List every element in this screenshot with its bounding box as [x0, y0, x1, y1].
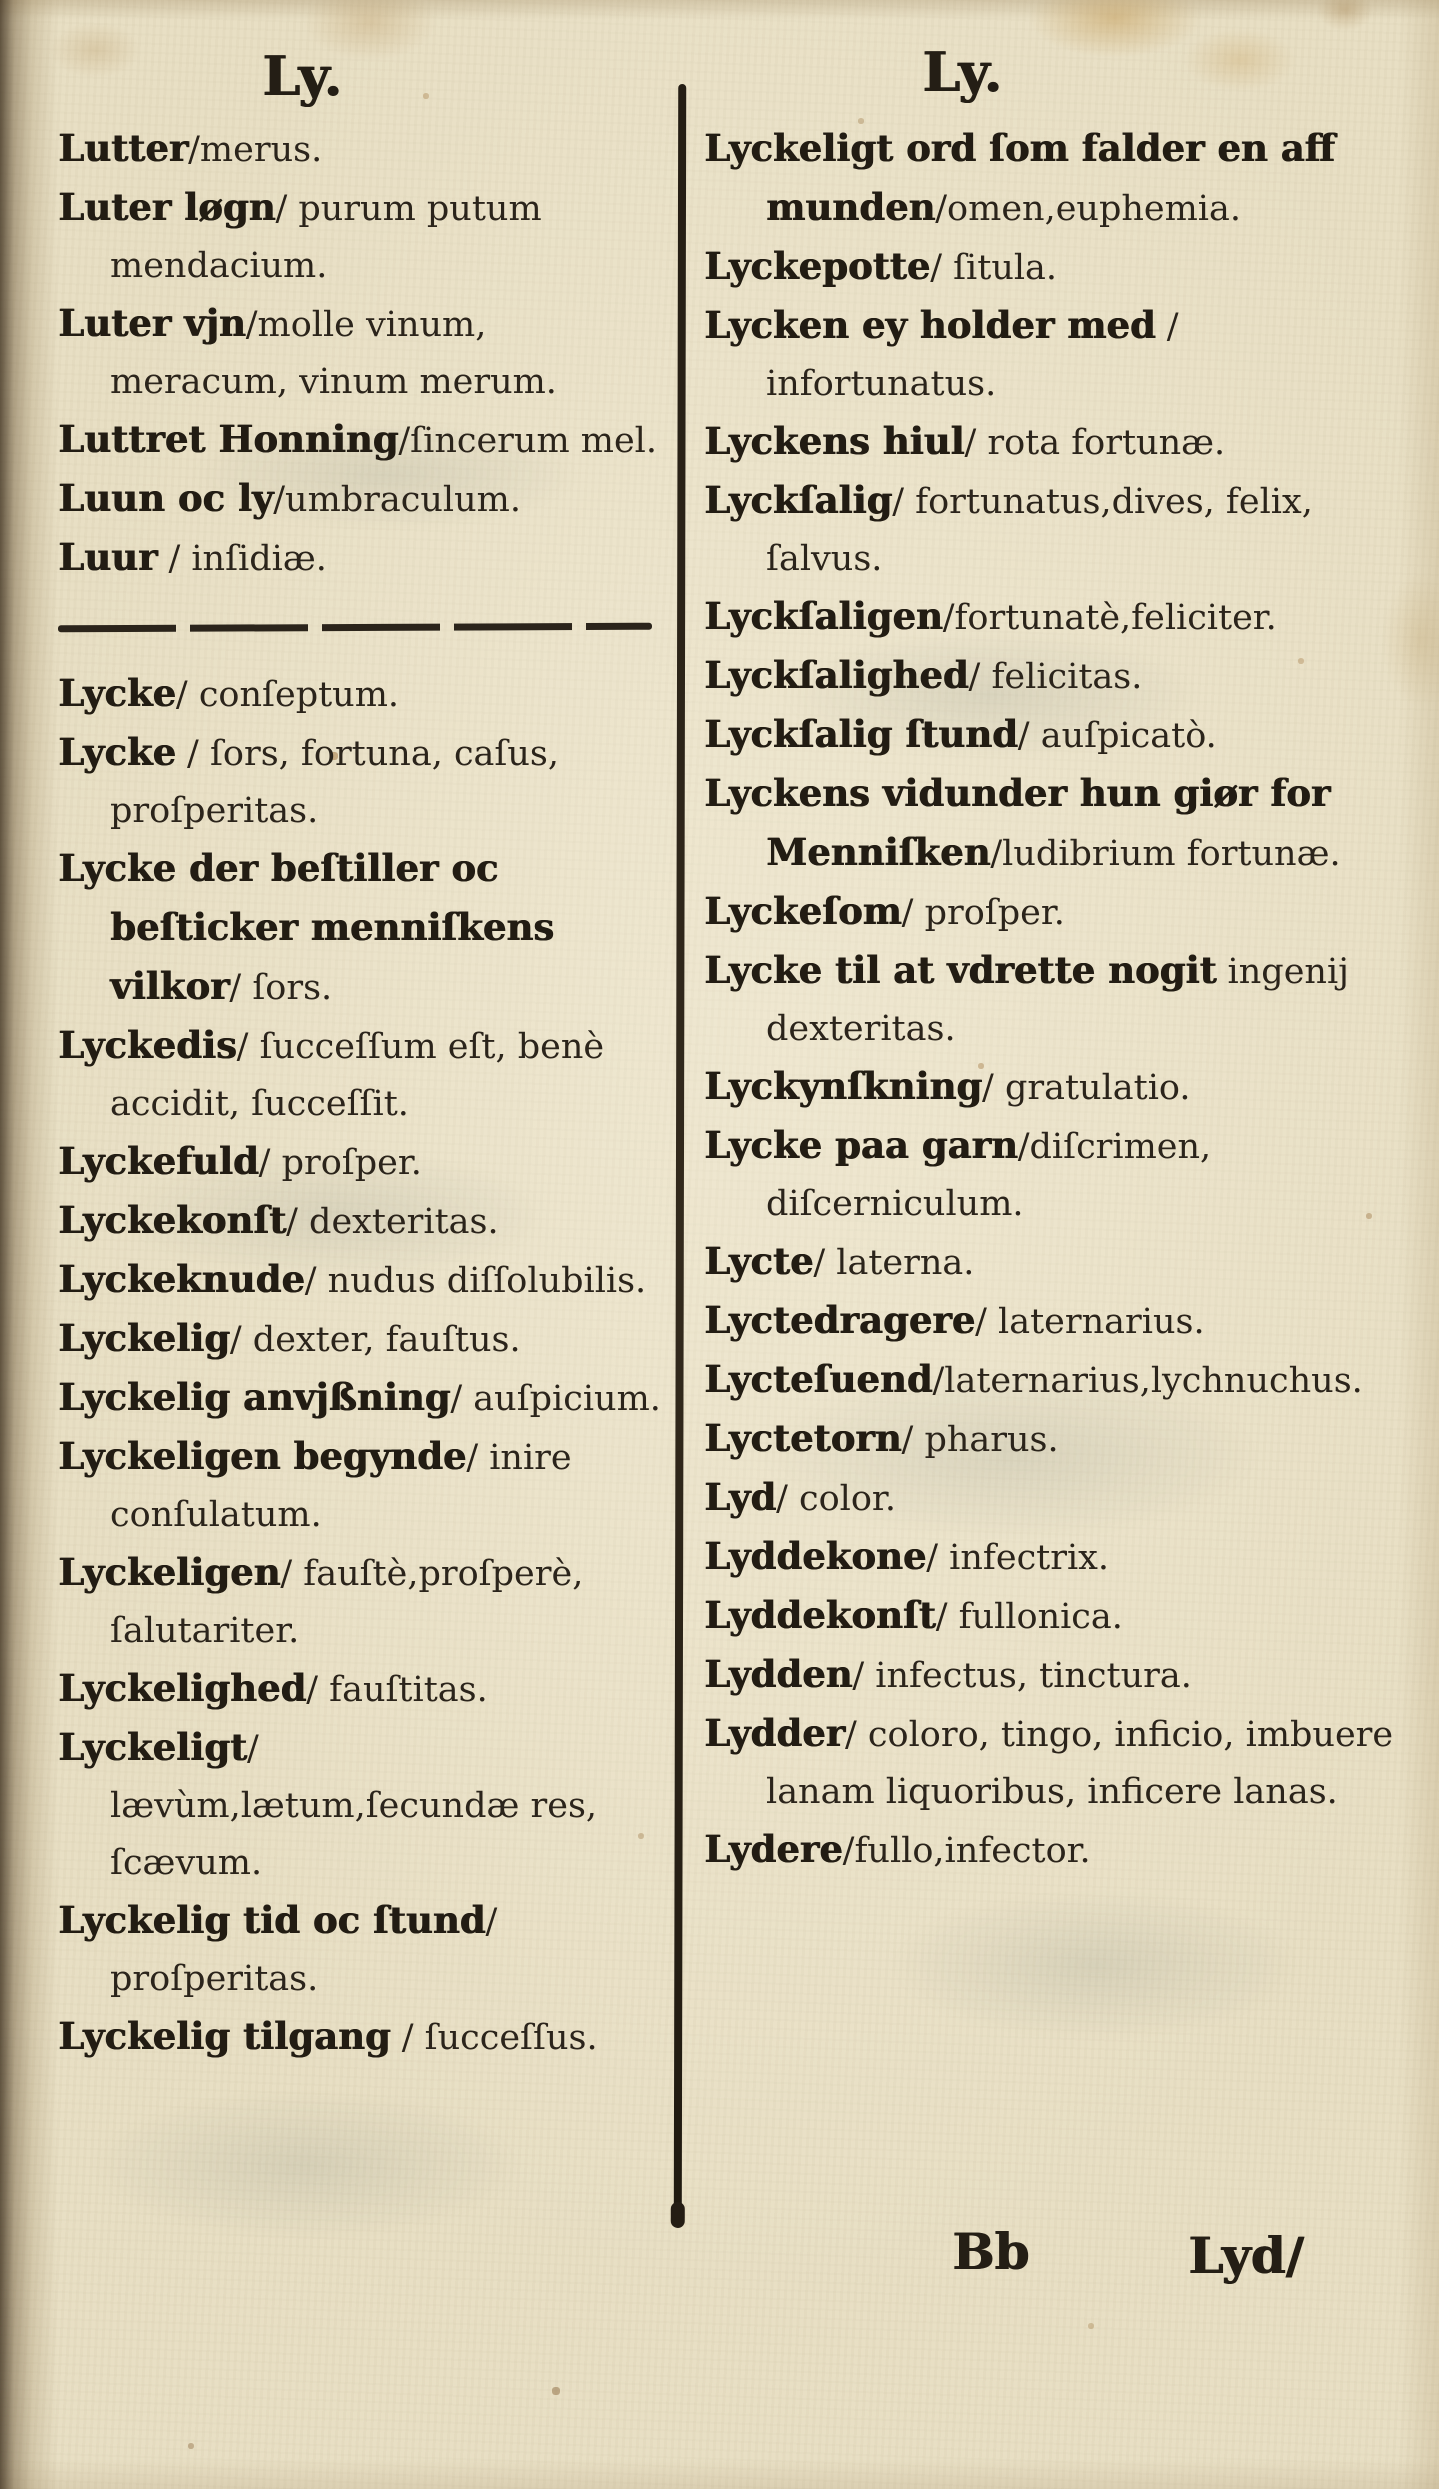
definition-latin: / gratulatio. — [982, 1068, 1190, 1108]
dictionary-entry: Lycke der beſtiller oc beſticker menniſk… — [58, 840, 666, 1017]
right-column-header: Ly. — [882, 40, 1042, 104]
headword-danish: Lyd — [704, 1475, 776, 1519]
dictionary-entry: Lyckens hiul/ rota fortunæ. — [704, 413, 1404, 472]
definition-latin: / infectus, tinctura. — [852, 1656, 1191, 1696]
definition-latin: / auſpicatò. — [1018, 716, 1217, 756]
dictionary-entry: Lyckelig/ dexter, fauſtus. — [58, 1310, 666, 1369]
dictionary-entry: Lyckeligen/ fauſtè,proſperè, ſalutariter… — [58, 1544, 666, 1660]
headword-danish: Lyckeſom — [704, 889, 902, 933]
column-divider-rule — [674, 84, 686, 2224]
dictionary-entry: Lyd/ color. — [704, 1469, 1404, 1528]
headword-danish: Lyckelig anvjßning — [58, 1375, 450, 1419]
headword-danish: Lycteſuend — [704, 1357, 933, 1401]
dictionary-entry: Lyckſaligen/fortunatè,feliciter. — [704, 588, 1404, 647]
definition-latin: / proſper. — [259, 1143, 422, 1183]
dictionary-entry: Lyckſalighed/ felicitas. — [704, 647, 1404, 706]
headword-danish: Lyctetorn — [704, 1416, 902, 1460]
left-column-header: Ly. — [222, 44, 382, 108]
catchword: Lyd/ — [1188, 2226, 1304, 2285]
headword-danish: Luur — [58, 535, 157, 579]
definition-latin: / dexter, fauſtus. — [230, 1320, 521, 1360]
definition-latin: / conſeptum. — [176, 675, 399, 715]
dictionary-entry: Lyckelig tid oc ſtund/ proſperitas. — [58, 1892, 666, 2008]
headword-danish: Lydden — [704, 1652, 852, 1696]
dictionary-entry: Lyctedragere/ laternarius. — [704, 1292, 1404, 1351]
definition-latin: / laterna. — [813, 1243, 974, 1283]
headword-danish: Lyckſalig ſtund — [704, 712, 1018, 756]
dictionary-entry: Lyckeſom/ proſper. — [704, 883, 1404, 942]
headword-danish: Lyckelig tid oc ſtund — [58, 1898, 485, 1942]
dictionary-entry: Lyddekonſt/ fullonica. — [704, 1587, 1404, 1646]
definition-latin: / ſors. — [229, 968, 332, 1008]
definition-latin: / auſpicium. — [450, 1379, 661, 1419]
definition-latin: /fullo,infector. — [843, 1831, 1091, 1871]
dictionary-entry: Luttret Honning/ſincerum mel. — [58, 411, 666, 470]
headword-danish: Lyckepotte — [704, 244, 930, 288]
dictionary-entry: Lydden/ infectus, tinctura. — [704, 1646, 1404, 1705]
headword-danish: Lyckſaligen — [704, 594, 943, 638]
dictionary-entry: Lyckynſkning/ gratulatio. — [704, 1058, 1404, 1117]
headword-danish: Lyddekone — [704, 1534, 926, 1578]
dictionary-entry: Lyckefuld/ proſper. — [58, 1133, 666, 1192]
definition-latin: / felicitas. — [969, 657, 1143, 697]
left-column: Lutter/merus.Luter løgn/ purum putum men… — [58, 120, 666, 2067]
definition-latin: /ſincerum mel. — [398, 421, 657, 461]
headword-danish: Lycke til at vdrette nogit — [704, 948, 1216, 992]
definition-latin: / ſitula. — [930, 248, 1057, 288]
scanned-page: Ly. Ly. Lutter/merus.Luter løgn/ purum p… — [0, 0, 1439, 2489]
dictionary-entry: Lyckelighed/ fauſtitas. — [58, 1660, 666, 1719]
headword-danish: Lyckeligen — [58, 1550, 280, 1594]
headword-danish: Luter vjn — [58, 301, 246, 345]
headword-danish: Lyckeknude — [58, 1257, 305, 1301]
dictionary-entry: Luter løgn/ purum putum mendacium. — [58, 179, 666, 295]
paper-specks — [0, 0, 2, 2]
definition-latin: / inſidiæ. — [157, 539, 327, 579]
headword-danish: Luter løgn — [58, 185, 275, 229]
definition-latin: / fauſtitas. — [306, 1670, 488, 1710]
headword-danish: Lyddekonſt — [704, 1593, 936, 1637]
definition-latin: /fortunatè,feliciter. — [943, 598, 1277, 638]
definition-latin: /ludibrium fortunæ. — [990, 834, 1340, 874]
definition-latin: / fullonica. — [936, 1597, 1123, 1637]
dictionary-entry: Lyckeligen begynde/ inire conſulatum. — [58, 1428, 666, 1544]
dictionary-entry: Lycte/ laterna. — [704, 1233, 1404, 1292]
definition-latin: / nudus diſſolubilis. — [305, 1261, 646, 1301]
headword-danish: Lycte — [704, 1239, 813, 1283]
definition-latin: /merus. — [188, 130, 322, 170]
definition-latin: / proſper. — [902, 893, 1065, 933]
dictionary-entry: Lyddekone/ infectrix. — [704, 1528, 1404, 1587]
headword-danish: Lyckefuld — [58, 1139, 259, 1183]
headword-danish: Lyctedragere — [704, 1298, 975, 1342]
headword-danish: Lydere — [704, 1827, 843, 1871]
definition-latin: / ſucceſſus. — [391, 2018, 598, 2058]
headword-danish: Lycke paa garn — [704, 1123, 1018, 1167]
headword-danish: Lyckedis — [58, 1023, 237, 1067]
dictionary-entry: Lyckeligt ord ſom falder en aff munden/o… — [704, 120, 1404, 238]
dictionary-entry: Luur / inſidiæ. — [58, 529, 666, 588]
definition-latin: / laternarius. — [975, 1302, 1204, 1342]
dictionary-entry: Lyckeknude/ nudus diſſolubilis. — [58, 1251, 666, 1310]
section-divider — [58, 598, 666, 655]
definition-latin: / infectrix. — [926, 1538, 1109, 1578]
headword-danish: Lycken ey holder med — [704, 303, 1156, 347]
definition-latin: /umbraculum. — [273, 480, 521, 520]
headword-danish: Lyckelig — [58, 1316, 230, 1360]
headword-danish: Lyckekonſt — [58, 1198, 286, 1242]
dictionary-entry: Lycke/ conſeptum. — [58, 665, 666, 724]
dictionary-entry: Lycken ey holder med / infortunatus. — [704, 297, 1404, 413]
headword-danish: Lyckelig tilgang — [58, 2014, 391, 2058]
showthrough-ghost — [890, 1890, 1300, 2040]
dictionary-entry: Lutter/merus. — [58, 120, 666, 179]
headword-danish: Lycke — [58, 671, 176, 715]
dictionary-entry: Lyckelig tilgang / ſucceſſus. — [58, 2008, 666, 2067]
definition-latin: / color. — [776, 1479, 896, 1519]
headword-danish: Lydder — [704, 1711, 845, 1755]
dictionary-entry: Lyckſalig/ fortunatus,dives, felix, ſalv… — [704, 472, 1404, 588]
dictionary-entry: Lyckepotte/ ſitula. — [704, 238, 1404, 297]
headword-danish: Luun oc ly — [58, 476, 273, 520]
headword-danish: Lyckſalighed — [704, 653, 969, 697]
dictionary-entry: Lyckedis/ ſucceſſum eſt, benè accidit, ſ… — [58, 1017, 666, 1133]
definition-latin: / coloro, tingo, inficio, imbuere lanam … — [766, 1715, 1393, 1812]
headword-danish: Lyckeligen begynde — [58, 1434, 466, 1478]
dictionary-entry: Lycteſuend/laternarius,lychnuchus. — [704, 1351, 1404, 1410]
headword-danish: Lyckynſkning — [704, 1064, 982, 1108]
definition-latin: /laternarius,lychnuchus. — [933, 1361, 1363, 1401]
definition-latin: / pharus. — [902, 1420, 1059, 1460]
headword-danish: Lyckens hiul — [704, 419, 964, 463]
headword-danish: Lyckelighed — [58, 1666, 306, 1710]
dictionary-entry: Lyckſalig ſtund/ auſpicatò. — [704, 706, 1404, 765]
dictionary-entry: Lyckens vidunder hun giør for Menniſken/… — [704, 765, 1404, 883]
headword-danish: Lyckeligt — [58, 1725, 247, 1769]
showthrough-ghost — [90, 2090, 520, 2240]
headword-danish: Lyckſalig — [704, 478, 892, 522]
definition-latin: / ſors, fortuna, caſus, proſperitas. — [110, 734, 559, 831]
dictionary-entry: Lydere/fullo,infector. — [704, 1821, 1404, 1880]
headword-danish: Luttret Honning — [58, 417, 398, 461]
dictionary-entry: Lyckeligt/ lævùm,lætum,ſecundæ res, ſcæv… — [58, 1719, 666, 1892]
dictionary-entry: Lycke / ſors, fortuna, caſus, proſperita… — [58, 724, 666, 840]
dictionary-entry: Lyckekonſt/ dexteritas. — [58, 1192, 666, 1251]
definition-latin: /omen,euphemia. — [935, 189, 1241, 229]
definition-latin: / rota fortunæ. — [964, 423, 1225, 463]
dictionary-entry: Lycke til at vdrette nogit ingenij dexte… — [704, 942, 1404, 1058]
dictionary-entry: Lycke paa garn/diſcrimen, diſcerniculum. — [704, 1117, 1404, 1233]
dictionary-entry: Luter vjn/molle vinum, meracum, vinum me… — [58, 295, 666, 411]
dictionary-entry: Luun oc ly/umbraculum. — [58, 470, 666, 529]
headword-danish: Lycke — [58, 730, 176, 774]
definition-latin: / dexteritas. — [286, 1202, 499, 1242]
dictionary-entry: Lydder/ coloro, tingo, inficio, imbuere … — [704, 1705, 1404, 1821]
headword-danish: Lutter — [58, 126, 188, 170]
dictionary-entry: Lyctetorn/ pharus. — [704, 1410, 1404, 1469]
dictionary-entry: Lyckelig anvjßning/ auſpicium. — [58, 1369, 666, 1428]
gathering-signature: Bb — [952, 2222, 1029, 2281]
right-column: Lyckeligt ord ſom falder en aff munden/o… — [704, 120, 1404, 1880]
